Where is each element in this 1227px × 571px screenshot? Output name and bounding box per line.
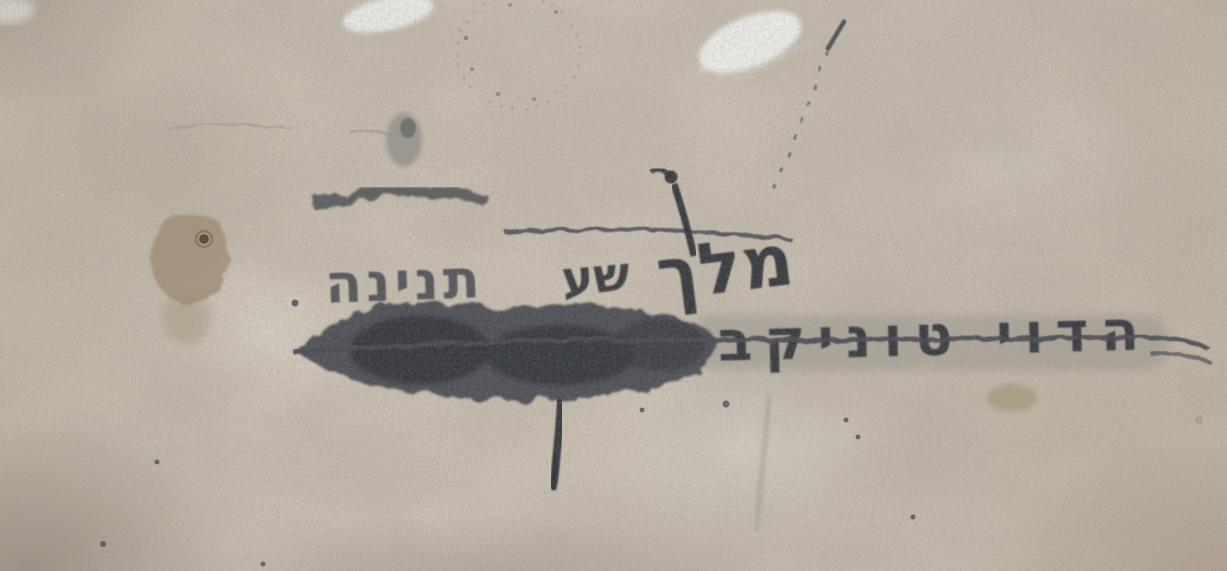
parchment-canvas: מלך שע תנינה הדוי טוניקב [0,0,1227,571]
photo-grain-texture [0,0,1227,571]
manuscript-photo: מלך שע תנינה הדוי טוניקב [0,0,1227,571]
